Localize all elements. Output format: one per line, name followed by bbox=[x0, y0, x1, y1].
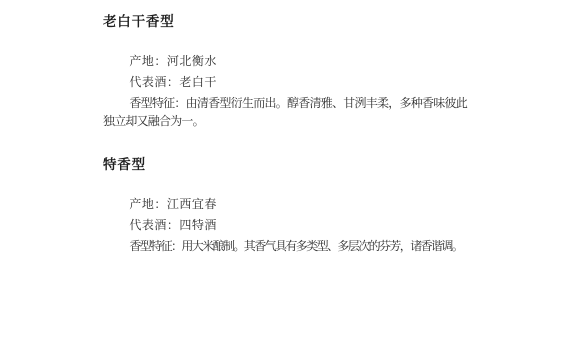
section-laobaigan-aroma: 老白干香型 产地：河北衡水 代表酒：老白干 香型特征：由清香型衍生而出。醇香清雅… bbox=[103, 14, 467, 130]
document-page: 老白干香型 产地：河北衡水 代表酒：老白干 香型特征：由清香型衍生而出。醇香清雅… bbox=[103, 14, 467, 258]
aroma-characteristics-line: 香型特征：由清香型衍生而出。醇香清雅、甘洌丰柔，多种香味彼此独立却又融合为一。 bbox=[103, 94, 467, 130]
origin-line: 产地：江西宜春 bbox=[103, 195, 467, 213]
representative-liquor-line: 代表酒：老白干 bbox=[103, 73, 467, 91]
aroma-characteristics-line: 香型特征：用大米酿制。其香气具有多类型、多层次的芬芳，诸香谐调。 bbox=[103, 237, 467, 255]
origin-line: 产地：河北衡水 bbox=[103, 52, 467, 70]
section-title-te: 特香型 bbox=[103, 157, 467, 172]
section-te-aroma: 特香型 产地：江西宜春 代表酒：四特酒 香型特征：用大米酿制。其香气具有多类型、… bbox=[103, 157, 467, 255]
section-title-laobaigan: 老白干香型 bbox=[103, 14, 467, 29]
representative-liquor-line: 代表酒：四特酒 bbox=[103, 216, 467, 234]
